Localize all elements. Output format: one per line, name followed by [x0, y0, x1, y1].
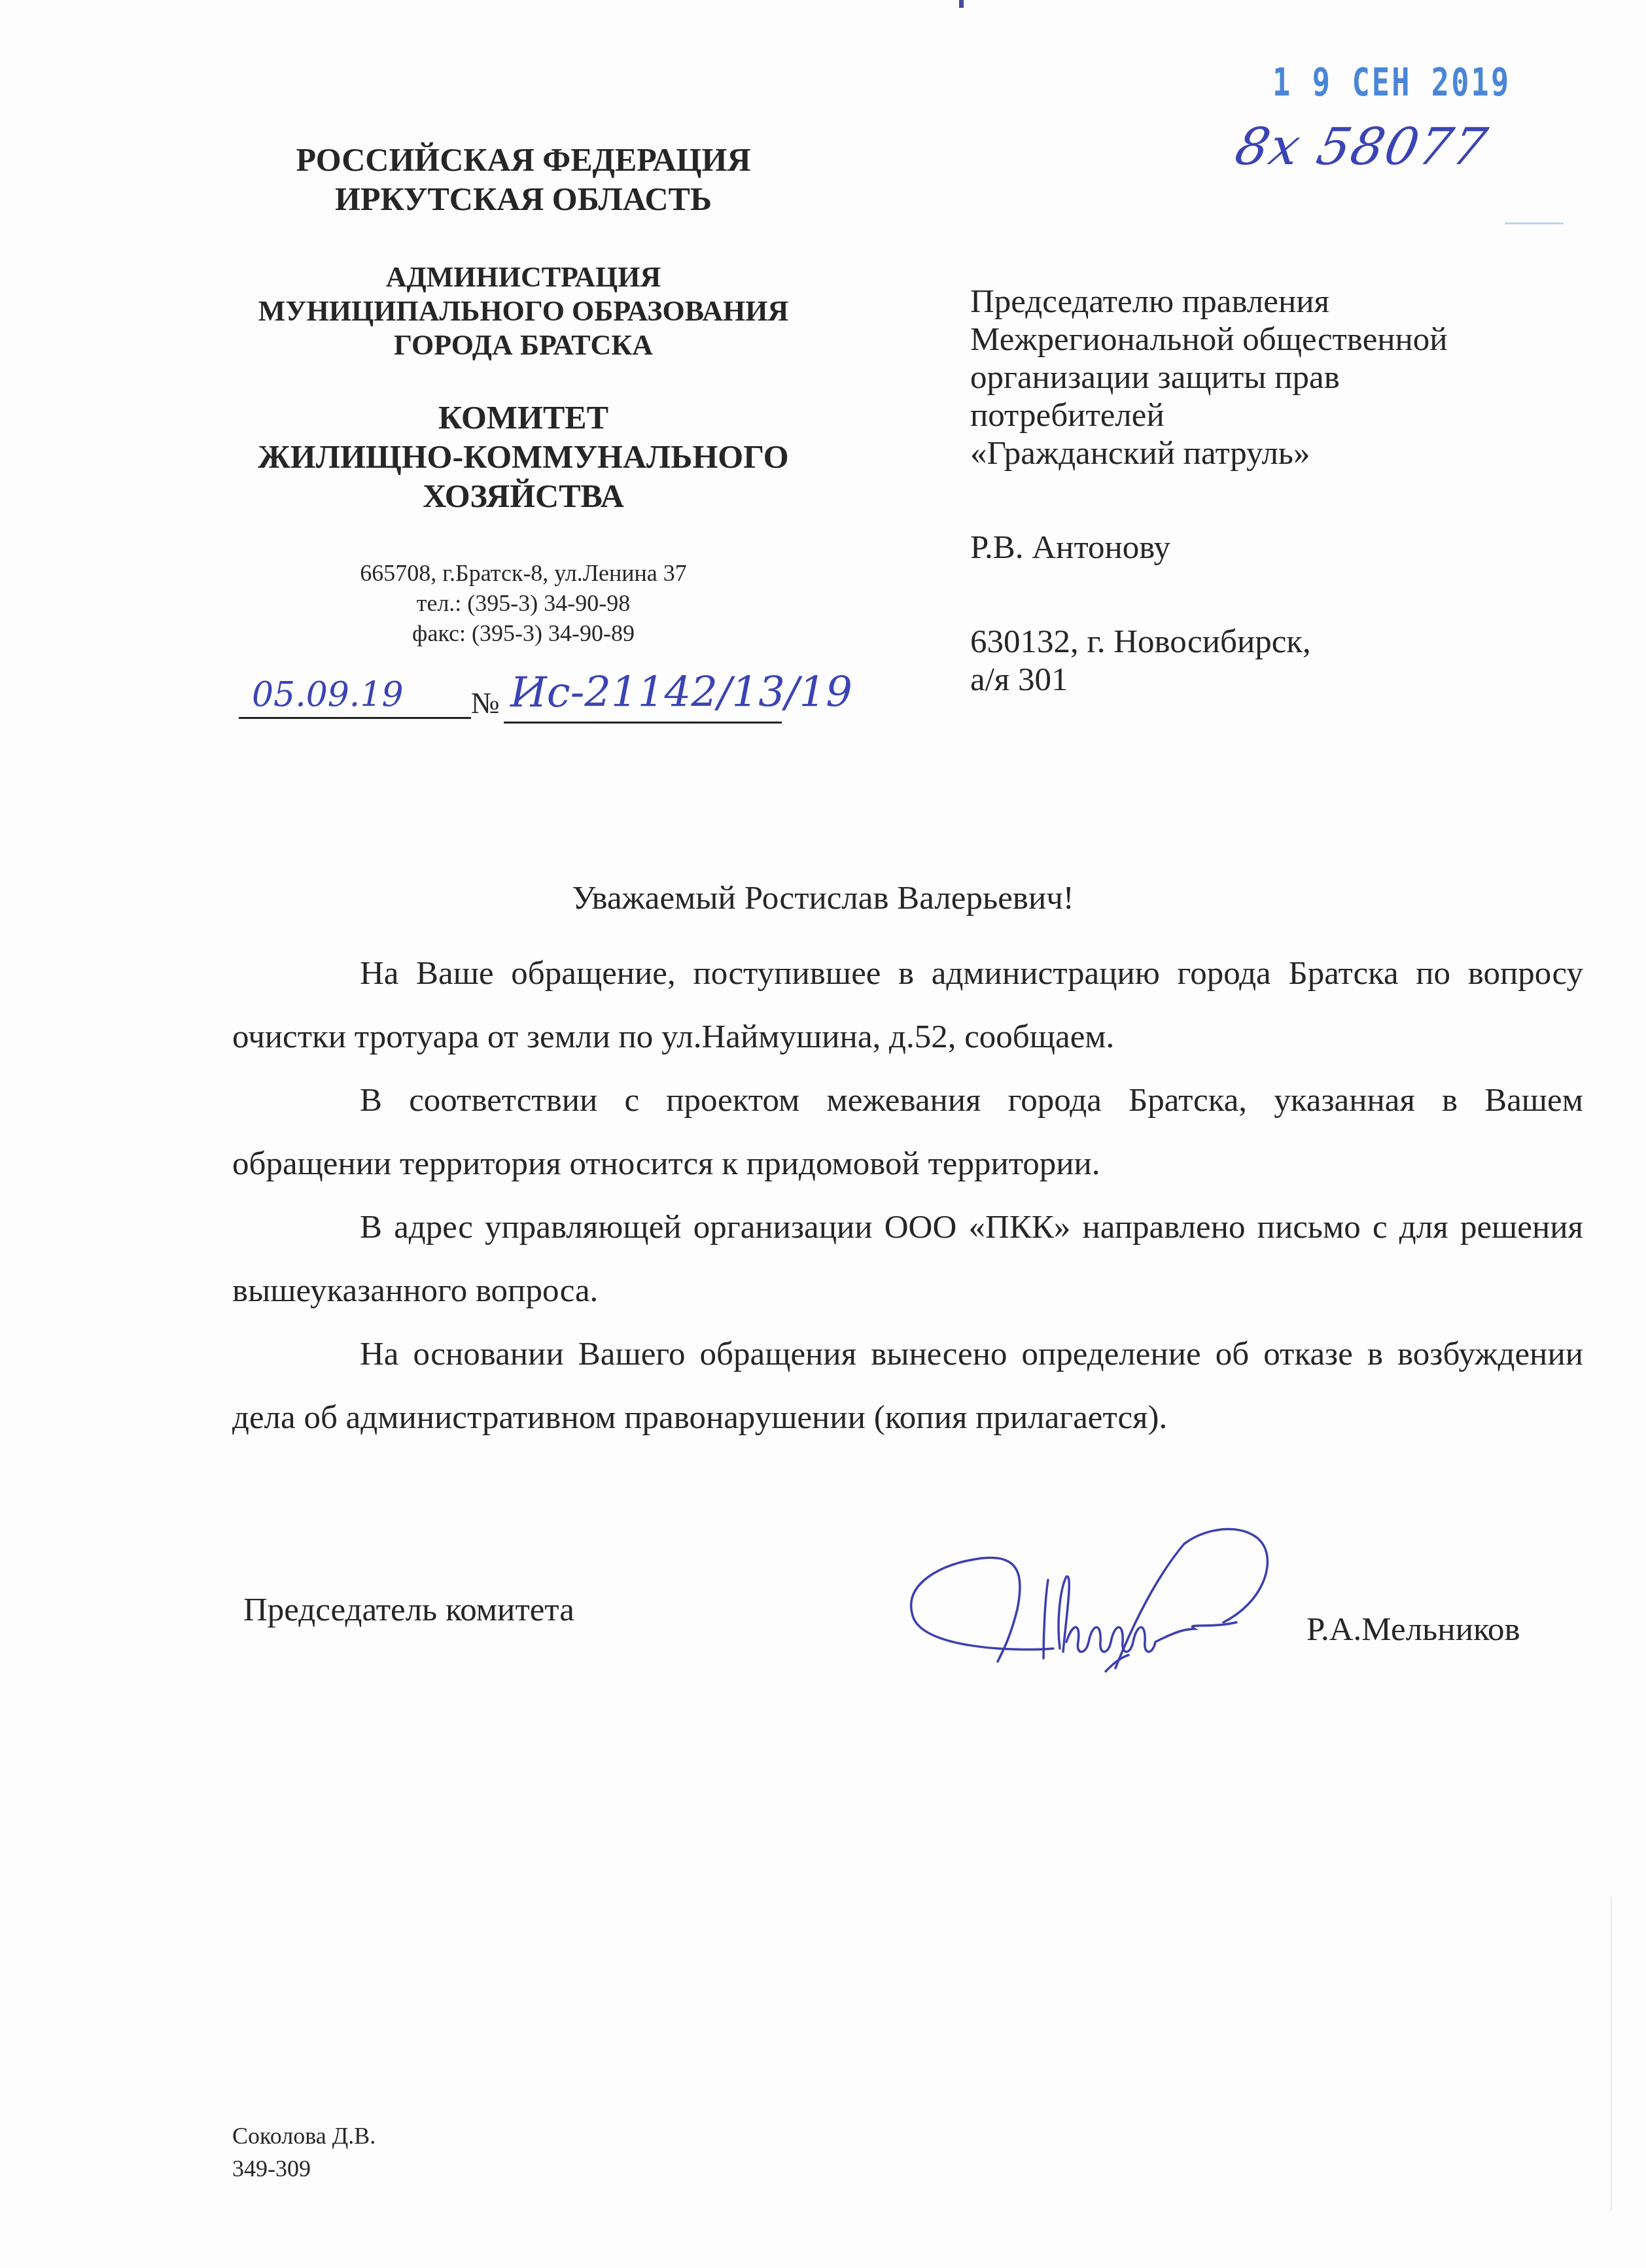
letterhead-admin-line: МУНИЦИПАЛЬНОГО ОБРАЗОВАНИЯ [222, 294, 824, 328]
outgoing-reference: 05.09.19 № Ис-21142/13/19 [239, 680, 795, 720]
letter-paragraph: В соответствии с проектом межевания горо… [232, 1069, 1583, 1196]
executor-phone: 349-309 [232, 2152, 376, 2185]
letter-paragraph: На Ваше обращение, поступившее в админис… [232, 942, 1583, 1069]
addressee-line: «Гражданский патруль» [970, 434, 1585, 472]
letterhead-region: ИРКУТСКАЯ ОБЛАСТЬ [222, 179, 824, 218]
addressee-address-line: а/я 301 [970, 661, 1585, 699]
executor-block: Соколова Д.В. 349-309 [232, 2120, 376, 2185]
letterhead-admin-block: АДМИНИСТРАЦИЯ МУНИЦИПАЛЬНОГО ОБРАЗОВАНИЯ… [222, 260, 824, 362]
addressee-name: Р.В. Антонову [970, 529, 1585, 567]
letter-paragraph: На основании Вашего обращения вынесено о… [232, 1323, 1583, 1450]
addressee-block: Председателю правления Межрегиональной о… [970, 283, 1585, 699]
letterhead-contacts: 665708, г.Братск-8, ул.Ленина 37 тел.: (… [222, 558, 824, 648]
letterhead-country: РОССИЙСКАЯ ФЕДЕРАЦИЯ [222, 140, 824, 179]
signer-title: Председатель комитета [243, 1591, 574, 1629]
letterhead-committee-line: ЖИЛИЩНО-КОММУНАЛЬНОГО [222, 437, 824, 476]
addressee-line: Председателю правления [970, 283, 1585, 321]
number-sign: № [471, 686, 500, 720]
letterhead-admin-line: АДМИНИСТРАЦИЯ [222, 260, 824, 294]
letterhead-fax: факс: (395-3) 34-90-89 [222, 618, 824, 648]
letterhead-country-block: РОССИЙСКАЯ ФЕДЕРАЦИЯ ИРКУТСКАЯ ОБЛАСТЬ [222, 140, 824, 218]
outgoing-date: 05.09.19 [252, 675, 404, 714]
letter-paragraph: В адрес управляющей организации ООО «ПКК… [232, 1196, 1583, 1323]
received-date-stamp: 1 9 СЕН 2019 [1272, 60, 1511, 105]
number-underline [504, 722, 782, 724]
handwritten-signature [883, 1518, 1380, 1675]
letterhead-committee-line: КОМИТЕТ [222, 398, 824, 437]
letter-greeting: Уважаемый Ростислав Валерьевич! [0, 879, 1646, 917]
addressee-address-line: 630132, г. Новосибирск, [970, 623, 1585, 661]
scan-edge-mark [959, 0, 964, 8]
ink-smudge [1505, 222, 1564, 224]
executor-name: Соколова Д.В. [232, 2120, 376, 2152]
letterhead-address: 665708, г.Братск-8, ул.Ленина 37 [222, 558, 824, 588]
addressee-line: организации защиты прав [970, 358, 1585, 396]
letter-body: На Ваше обращение, поступившее в админис… [232, 942, 1583, 1450]
letterhead-committee-block: КОМИТЕТ ЖИЛИЩНО-КОММУНАЛЬНОГО ХОЗЯЙСТВА [222, 398, 824, 515]
registration-number-handwritten: 8х 58077 [1230, 118, 1493, 177]
letterhead-phone: тел.: (395-3) 34-90-98 [222, 588, 824, 618]
letterhead-admin-line: ГОРОДА БРАТСКА [222, 328, 824, 362]
addressee-line: Межрегиональной общественной [970, 321, 1585, 358]
scan-edge-shadow [1611, 1897, 1612, 2211]
letterhead-committee-line: ХОЗЯЙСТВА [222, 476, 824, 515]
date-underline [239, 717, 471, 719]
signer-name: Р.А.Мельников [1306, 1611, 1520, 1649]
addressee-line: потребителей [970, 396, 1585, 434]
outgoing-number: Ис-21142/13/19 [510, 669, 852, 717]
